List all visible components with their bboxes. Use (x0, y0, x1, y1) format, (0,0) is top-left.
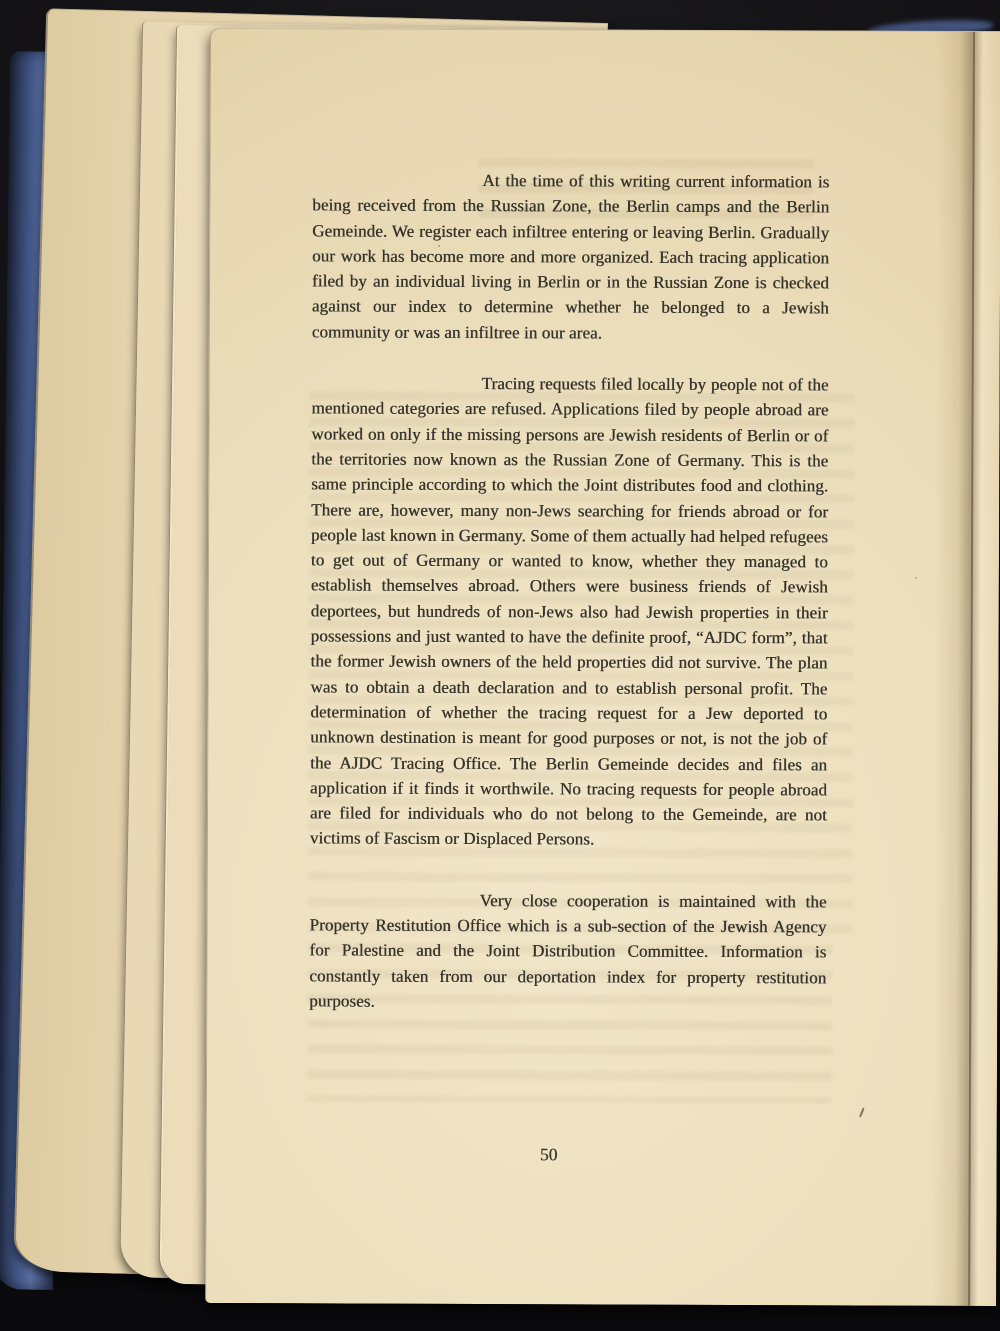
book-page: At the time of this writing current info… (205, 28, 1000, 1306)
photo-background: At the time of this writing current info… (0, 0, 1000, 1331)
stray-ink-mark (859, 1108, 865, 1118)
page-text-block: At the time of this writing current info… (309, 167, 829, 1015)
page-gutter-fold (932, 32, 1000, 1306)
body-paragraph-2: Tracing requests filed locally by people… (310, 370, 829, 853)
body-paragraph-3: Very close cooperation is maintained wit… (309, 887, 826, 1015)
body-paragraph-1: At the time of this writing current info… (312, 167, 830, 346)
page-number: 50 (449, 1144, 649, 1166)
